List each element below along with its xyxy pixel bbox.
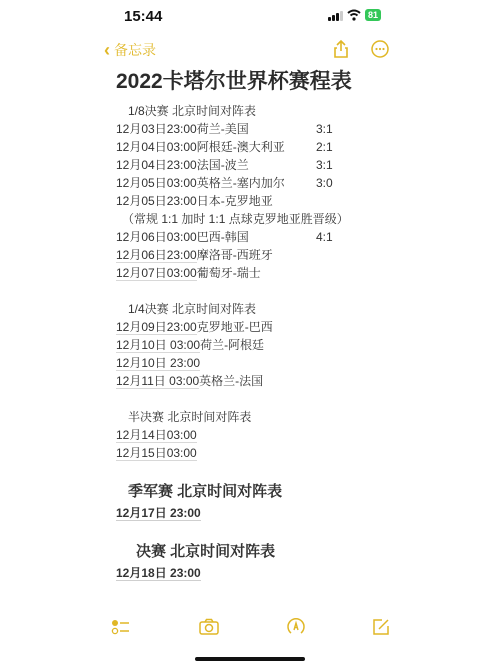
camera-icon[interactable] — [198, 616, 220, 638]
final-heading: 决赛 北京时间对阵表 — [116, 540, 416, 564]
match-row: 12月05日23:00日本-克罗地亚 — [116, 192, 416, 210]
chevron-left-icon: ‹ — [104, 41, 110, 59]
status-bar: 15:44 81 — [0, 0, 500, 34]
note-title: 2022卡塔尔世界杯赛程表 — [116, 68, 416, 96]
share-icon[interactable] — [331, 39, 351, 59]
markup-icon[interactable] — [285, 616, 307, 638]
match-row: 12月05日03:00英格兰-塞内加尔3:0 — [116, 174, 416, 192]
bottom-toolbar — [0, 614, 500, 640]
back-button[interactable]: ‹ 备忘录 — [104, 40, 156, 60]
compose-icon[interactable] — [370, 616, 392, 638]
match-row: 12月06日03:00巴西-韩国4:1 — [116, 228, 416, 246]
back-label: 备忘录 — [114, 40, 156, 60]
match-row: 12月11日 03:00英格兰-法国 — [116, 372, 416, 390]
quarter-heading: 1/4决赛 北京时间对阵表 — [116, 300, 416, 318]
navigation-bar: ‹ 备忘录 — [0, 36, 500, 64]
match-row: 12月09日23:00克罗地亚-巴西 — [116, 318, 416, 336]
home-indicator[interactable] — [195, 657, 305, 661]
match-row: 12月07日03:00葡萄牙-瑞士 — [116, 264, 416, 282]
match-row: 12月10日 03:00荷兰-阿根廷 — [116, 336, 416, 354]
match-row: 12月15日03:00 — [116, 444, 416, 462]
match-row: 12月03日23:00荷兰-美国3:1 — [116, 120, 416, 138]
penalty-note: （常规 1:1 加时 1:1 点球克罗地亚胜晋级） — [116, 210, 416, 228]
match-row: 12月04日03:00阿根廷-澳大利亚2:1 — [116, 138, 416, 156]
match-row: 12月18日 23:00 — [116, 564, 416, 582]
checklist-icon[interactable] — [110, 616, 132, 638]
note-body[interactable]: 2022卡塔尔世界杯赛程表 1/8决赛 北京时间对阵表 12月03日23:00荷… — [116, 68, 416, 582]
wifi-icon — [347, 9, 361, 21]
match-row: 12月04日23:00法国-波兰3:1 — [116, 156, 416, 174]
round16-heading: 1/8决赛 北京时间对阵表 — [116, 102, 416, 120]
battery-indicator: 81 — [365, 9, 381, 21]
semi-heading: 半决赛 北京时间对阵表 — [116, 408, 416, 426]
match-row: 12月10日 23:00 — [116, 354, 416, 372]
cellular-signal-icon — [328, 11, 344, 21]
match-row: 12月14日03:00 — [116, 426, 416, 444]
status-time: 15:44 — [124, 8, 162, 25]
third-place-heading: 季军赛 北京时间对阵表 — [116, 480, 416, 504]
match-row: 12月06日23:00摩洛哥-西班牙 — [116, 246, 416, 264]
more-options-icon[interactable] — [370, 39, 390, 59]
match-row: 12月17日 23:00 — [116, 504, 416, 522]
